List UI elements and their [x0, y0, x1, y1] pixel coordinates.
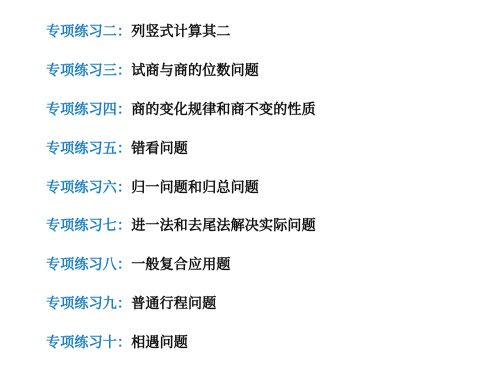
list-item[interactable]: 专项练习四：商的变化规律和商不变的性质 [46, 101, 316, 140]
list-item[interactable]: 专项练习八：一般复合应用题 [46, 256, 316, 295]
item-label: 专项练习三： [46, 63, 131, 79]
exercise-list: 专项练习二：列竖式计算其二 专项练习三：试商与商的位数问题 专项练习四：商的变化… [46, 23, 316, 370]
item-label: 专项练习五： [46, 141, 131, 157]
item-title: 普通行程问题 [131, 296, 216, 312]
item-label: 专项练习十： [46, 335, 131, 351]
item-title: 列竖式计算其二 [131, 24, 230, 40]
list-item[interactable]: 专项练习五：错看问题 [46, 140, 316, 179]
item-label: 专项练习四： [46, 102, 131, 118]
item-label: 专项练习九： [46, 296, 131, 312]
item-label: 专项练习七： [46, 218, 131, 234]
item-label: 专项练习六： [46, 180, 131, 196]
item-title: 商的变化规律和商不变的性质 [131, 102, 316, 118]
list-item[interactable]: 专项练习九：普通行程问题 [46, 295, 316, 334]
item-title: 归一问题和归总问题 [131, 180, 259, 196]
list-item[interactable]: 专项练习十：相遇问题 [46, 334, 316, 370]
list-item[interactable]: 专项练习二：列竖式计算其二 [46, 23, 316, 62]
list-item[interactable]: 专项练习三：试商与商的位数问题 [46, 62, 316, 101]
item-label: 专项练习二： [46, 24, 131, 40]
item-title: 一般复合应用题 [131, 257, 230, 273]
item-title: 相遇问题 [131, 335, 188, 351]
item-label: 专项练习八： [46, 257, 131, 273]
item-title: 错看问题 [131, 141, 188, 157]
item-title: 进一法和去尾法解决实际问题 [131, 218, 316, 234]
list-item[interactable]: 专项练习七：进一法和去尾法解决实际问题 [46, 217, 316, 256]
item-title: 试商与商的位数问题 [131, 63, 259, 79]
list-item[interactable]: 专项练习六：归一问题和归总问题 [46, 179, 316, 218]
